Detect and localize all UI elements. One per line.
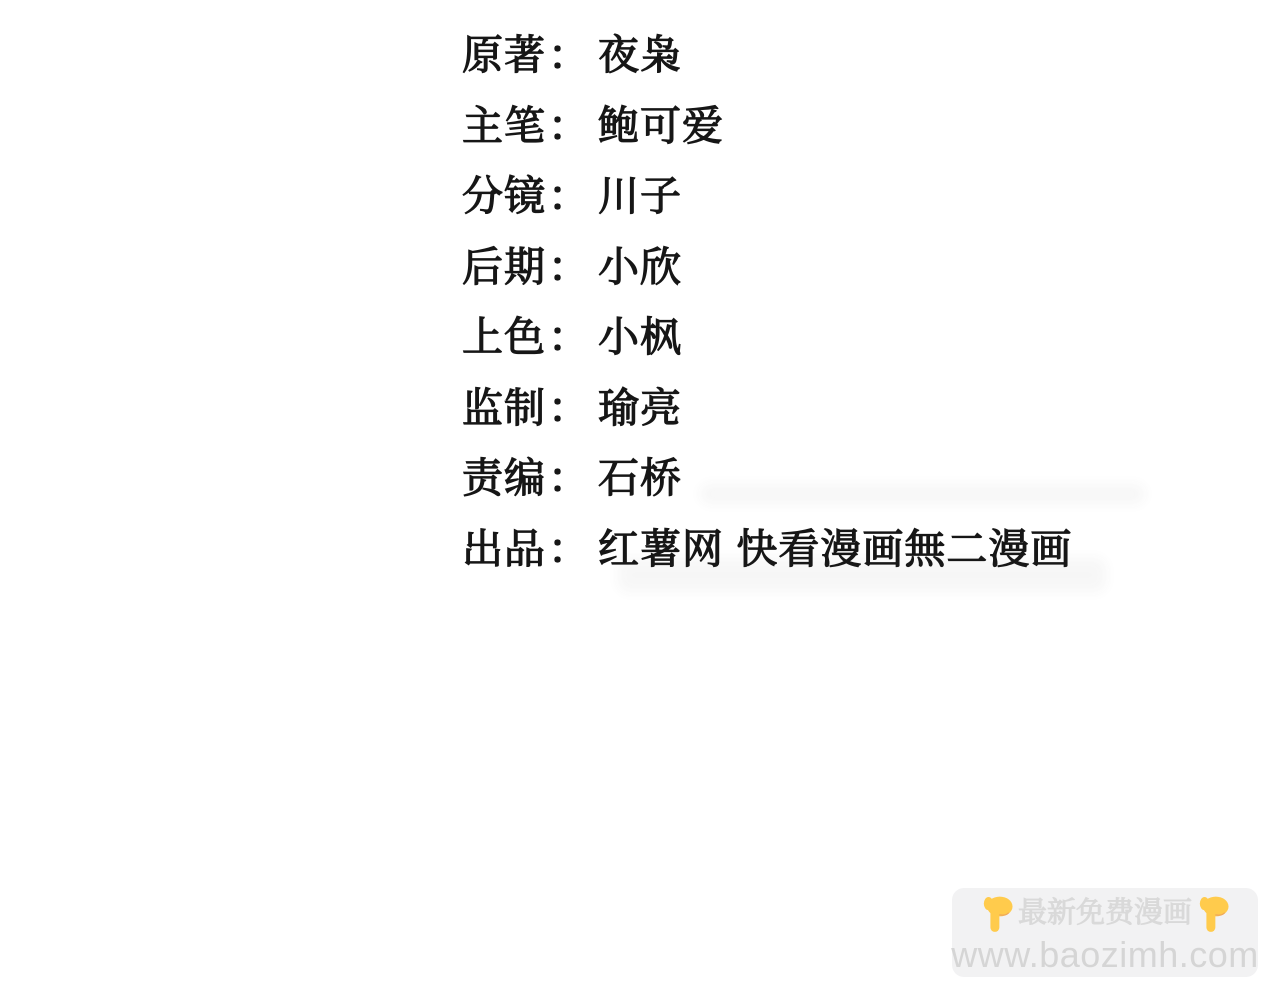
pointing-down-emoji <box>1197 895 1229 933</box>
credit-separator: ： <box>546 526 592 572</box>
faded-watermark-artifact <box>700 484 1145 504</box>
credit-separator: ： <box>546 385 592 431</box>
credit-role-label: 上色 <box>462 314 546 360</box>
comic-credits-page: 原著：夜枭 主笔：鲍可爱 分镜：川子 后期：小欣 上色：小枫 监制：瑜亮 责编：… <box>0 0 1280 999</box>
credit-role-label: 监制 <box>462 385 546 431</box>
credit-role-label: 责编 <box>462 455 546 501</box>
credit-value: 瑜亮 <box>598 385 682 431</box>
watermark-headline-text: 最新免费漫画 <box>1018 899 1192 928</box>
credit-row-lead-artist: 主笔：鲍可爱 <box>462 91 1072 162</box>
watermark-url: www.baozimh.com <box>951 937 1259 973</box>
faded-watermark-artifact <box>618 558 1106 592</box>
credit-separator: ： <box>546 244 592 290</box>
credit-separator: ： <box>546 103 592 149</box>
pointing-down-emoji <box>981 895 1013 933</box>
credit-row-post-production: 后期：小欣 <box>462 232 1072 303</box>
credit-row-coloring: 上色：小枫 <box>462 302 1072 373</box>
credit-role-label: 出品 <box>462 526 546 572</box>
credit-row-storyboard: 分镜：川子 <box>462 161 1072 232</box>
watermark-headline: 最新免费漫画 <box>981 895 1229 933</box>
credit-role-label: 分镜 <box>462 173 546 219</box>
credit-row-supervisor: 监制：瑜亮 <box>462 373 1072 444</box>
credit-separator: ： <box>546 314 592 360</box>
credit-separator: ： <box>546 32 592 78</box>
credit-value: 鲍可爱 <box>598 103 724 149</box>
credit-value: 夜枭 <box>598 32 682 78</box>
watermark-box: 最新免费漫画 www.baozimh.com <box>952 888 1258 977</box>
credit-separator: ： <box>546 173 592 219</box>
credit-role-label: 主笔 <box>462 103 546 149</box>
credit-value: 小枫 <box>598 314 682 360</box>
credit-value: 小欣 <box>598 244 682 290</box>
credit-role-label: 原著 <box>462 32 546 78</box>
credit-value: 石桥 <box>598 455 682 501</box>
credit-role-label: 后期 <box>462 244 546 290</box>
credit-separator: ： <box>546 455 592 501</box>
credit-value: 川子 <box>598 173 682 219</box>
credit-row-original-author: 原著：夜枭 <box>462 20 1072 91</box>
